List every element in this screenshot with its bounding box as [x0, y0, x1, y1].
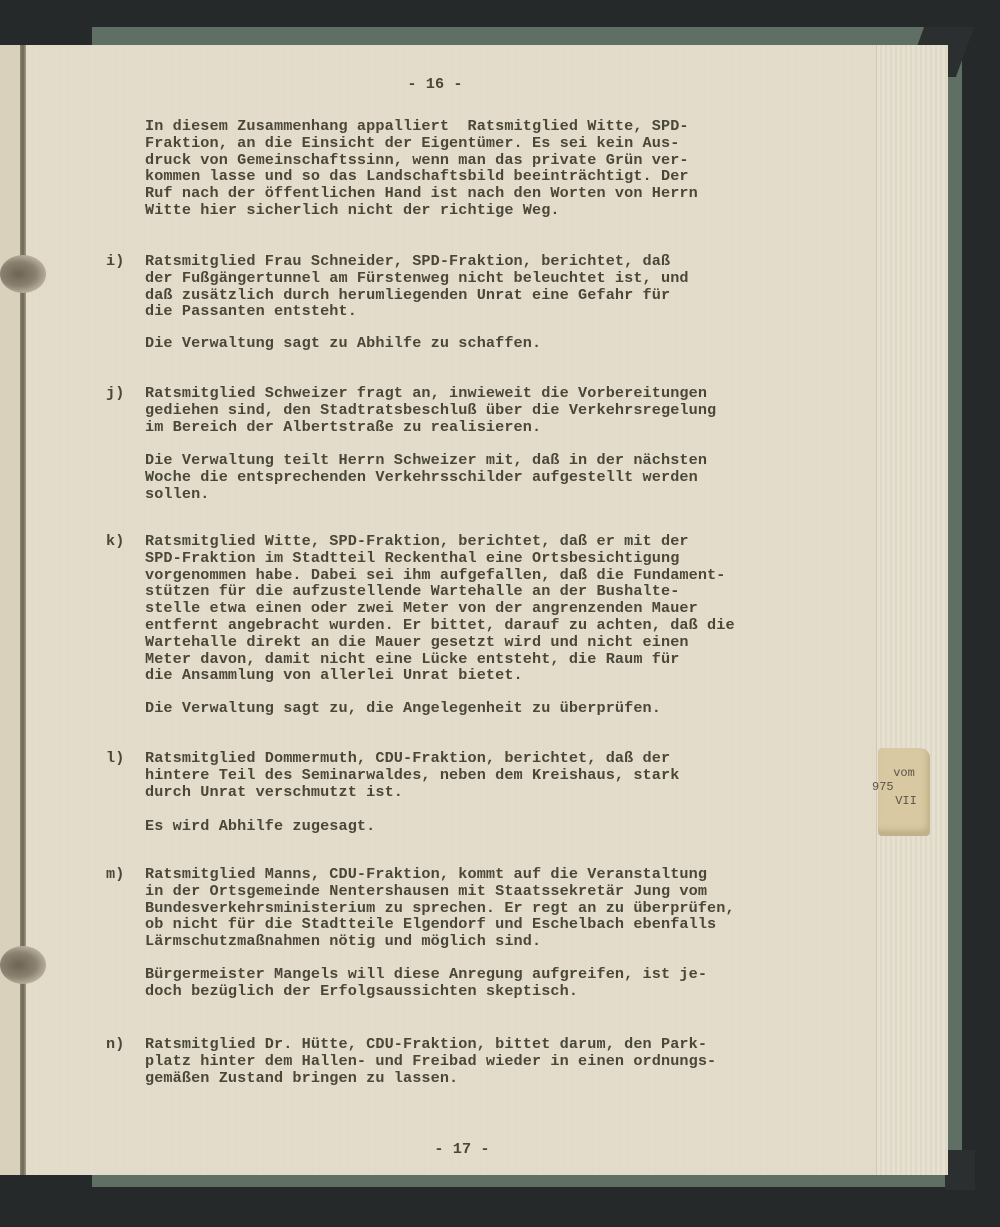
- page-number-bottom: - 17 -: [412, 1141, 512, 1158]
- index-tab-line3: VII: [880, 794, 932, 808]
- item-marker: l): [106, 750, 124, 767]
- item-response: Bürgermeister Mangels will diese Anregun…: [145, 966, 707, 1000]
- item-text: Ratsmitglied Dommermuth, CDU-Fraktion, b…: [145, 750, 679, 800]
- left-page-edge: [0, 45, 20, 1175]
- binder-ring-icon: [0, 946, 46, 984]
- item-response: Die Verwaltung sagt zu Abhilfe zu schaff…: [145, 335, 541, 352]
- intro-paragraph: In diesem Zusammenhang appalliert Ratsmi…: [145, 118, 698, 219]
- item-text: Ratsmitglied Dr. Hütte, CDU-Fraktion, bi…: [145, 1036, 716, 1086]
- index-tab[interactable]: vom 975 VII: [878, 748, 930, 836]
- item-marker: m): [106, 866, 124, 883]
- page-stack-edge: [876, 45, 947, 1175]
- item-response: Die Verwaltung sagt zu, die Angelegenhei…: [145, 700, 661, 717]
- binder-spine: [20, 45, 26, 1175]
- item-marker: i): [106, 253, 124, 270]
- item-response: Die Verwaltung teilt Herrn Schweizer mit…: [145, 452, 707, 502]
- page-number-top: - 16 -: [385, 76, 485, 93]
- index-tab-line1: vom: [878, 766, 930, 780]
- item-marker: k): [106, 533, 124, 550]
- item-response: Es wird Abhilfe zugesagt.: [145, 818, 375, 835]
- item-text: Ratsmitglied Witte, SPD-Fraktion, berich…: [145, 533, 735, 684]
- binder-ring-icon: [0, 255, 46, 293]
- binder-corner: [945, 1150, 975, 1190]
- item-marker: j): [106, 385, 124, 402]
- item-text: Ratsmitglied Schweizer fragt an, inwiewe…: [145, 385, 716, 435]
- item-text: Ratsmitglied Manns, CDU-Fraktion, kommt …: [145, 866, 735, 950]
- item-marker: n): [106, 1036, 124, 1053]
- index-tab-line2: 975: [872, 780, 924, 794]
- item-text: Ratsmitglied Frau Schneider, SPD-Fraktio…: [145, 253, 689, 320]
